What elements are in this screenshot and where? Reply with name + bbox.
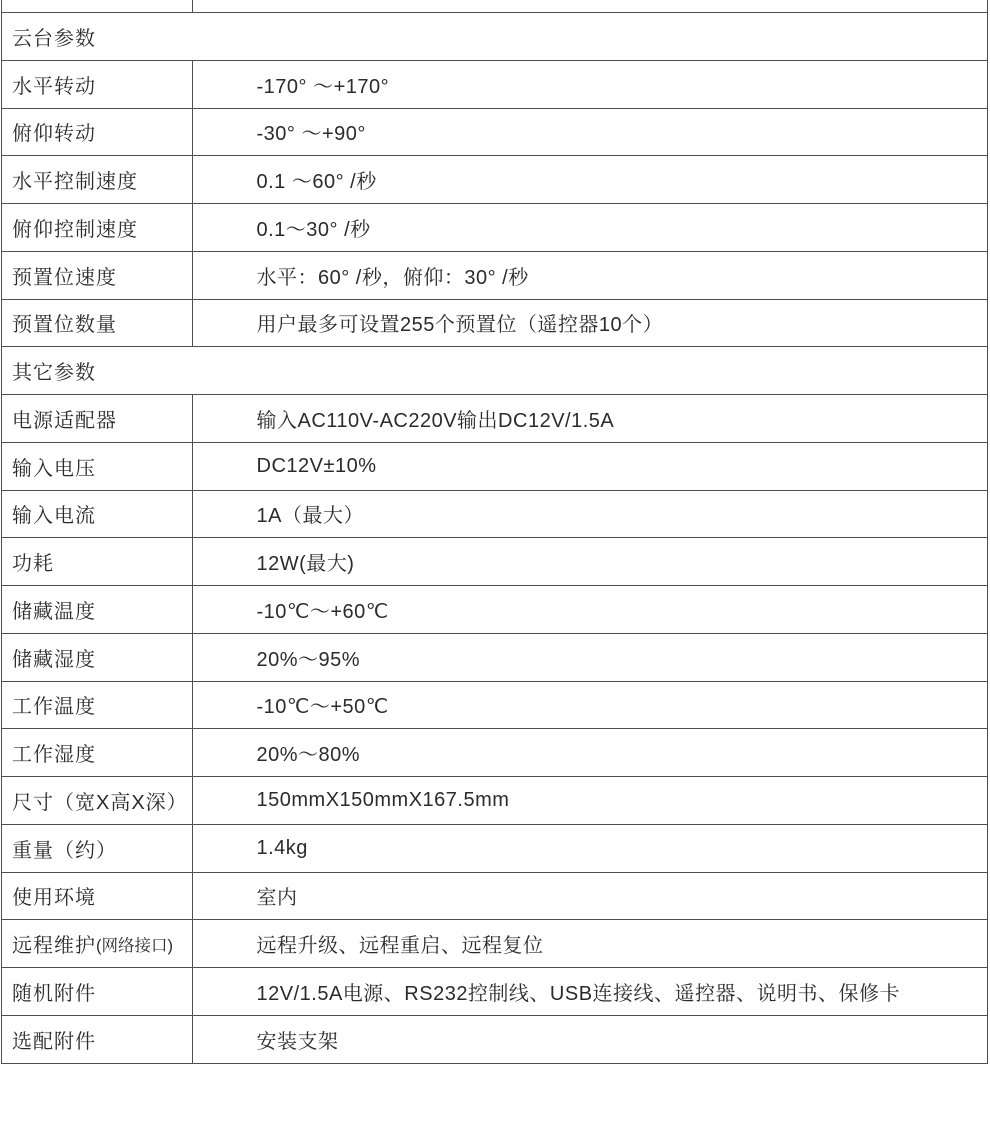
spec-label-text: 尺寸（宽X高X深） [12,786,188,815]
table-row: 工作湿度20%～80% [2,729,987,777]
spec-label: 重量（约） [2,825,193,872]
section-row: 其它参数 [2,347,987,395]
table-row: 输入电压DC12V±10% [2,443,987,491]
spec-label-text: 远程维护 [12,929,96,958]
spec-label: 随机附件 [2,968,193,1015]
spec-label: 尺寸（宽X高X深） [2,777,193,824]
table-row: 水平转动-170° ～+170° [2,61,987,109]
spec-label-text: 输入电流 [12,499,96,528]
section-title: 其它参数 [2,347,987,394]
spec-label: 俯仰控制速度 [2,204,193,251]
spec-value: 水平：60° /秒，俯仰：30° /秒 [193,252,988,299]
spec-value: 20%～95% [193,634,988,681]
table-rows: 云台参数水平转动-170° ～+170°俯仰转动-30° ～+90°水平控制速度… [2,13,987,1064]
spec-value: DC12V±10% [193,443,988,490]
spec-label-text: 随机附件 [12,977,96,1006]
spec-value: 20%～80% [193,729,988,776]
spec-label-text: 使用环境 [12,881,96,910]
spec-label-text: 俯仰控制速度 [12,213,138,242]
table-row: 工作温度-10℃～+50℃ [2,682,987,730]
spec-value: 远程升级、远程重启、远程复位 [193,920,988,967]
spec-value: 0.1 ～60° /秒 [193,156,988,203]
spec-label-text: 俯仰转动 [12,117,96,146]
spec-label-text: 预置位速度 [12,261,117,290]
table-row: 预置位数量用户最多可设置255个预置位（遥控器10个） [2,300,987,348]
spec-label: 选配附件 [2,1016,193,1063]
spec-value: 12V/1.5A电源、RS232控制线、USB连接线、遥控器、说明书、保修卡 [193,968,988,1015]
section-title: 云台参数 [2,13,987,60]
spec-value: 输入AC110V-AC220V输出DC12V/1.5A [193,395,988,442]
table-row: 电源适配器输入AC110V-AC220V输出DC12V/1.5A [2,395,987,443]
spec-label-text: 预置位数量 [12,308,117,337]
spec-label-text: 电源适配器 [12,404,117,433]
spec-value: 室内 [193,873,988,920]
spec-value [193,0,988,12]
spec-label: 输入电压 [2,443,193,490]
spec-value: -30° ～+90° [193,109,988,156]
table-row: 使用环境室内 [2,873,987,921]
spec-value: 1.4kg [193,825,988,872]
spec-label: 电源适配器 [2,395,193,442]
spec-label-text: 功耗 [12,547,54,576]
spec-label-suffix: (网络接口) [96,932,173,956]
spec-label: 水平控制速度 [2,156,193,203]
spec-label-text: 重量（约） [12,834,117,863]
spec-value: 安装支架 [193,1016,988,1063]
spec-label [2,0,193,12]
spec-label: 输入电流 [2,491,193,538]
spec-label: 工作湿度 [2,729,193,776]
table-row: 储藏湿度20%～95% [2,634,987,682]
table-row: 尺寸（宽X高X深）150mmX150mmX167.5mm [2,777,987,825]
table-row: 俯仰控制速度0.1～30° /秒 [2,204,987,252]
table-row: 预置位速度水平：60° /秒，俯仰：30° /秒 [2,252,987,300]
table-row: 水平控制速度0.1 ～60° /秒 [2,156,987,204]
spec-value: -10℃～+50℃ [193,682,988,729]
table-row-partial [2,0,987,13]
table-row: 输入电流1A（最大） [2,491,987,539]
spec-label: 预置位速度 [2,252,193,299]
spec-label-text: 水平控制速度 [12,165,138,194]
table-row: 俯仰转动-30° ～+90° [2,109,987,157]
spec-label: 功耗 [2,538,193,585]
spec-value: 1A（最大） [193,491,988,538]
spec-label: 预置位数量 [2,300,193,347]
spec-label-text: 储藏温度 [12,595,96,624]
spec-label: 俯仰转动 [2,109,193,156]
page: 云台参数水平转动-170° ～+170°俯仰转动-30° ～+90°水平控制速度… [0,0,990,1139]
spec-value: 0.1～30° /秒 [193,204,988,251]
spec-label: 储藏温度 [2,586,193,633]
spec-label-text: 选配附件 [12,1025,96,1054]
spec-value: 12W(最大) [193,538,988,585]
spec-label-text: 工作温度 [12,690,96,719]
spec-label-text: 工作湿度 [12,738,96,767]
spec-label: 工作温度 [2,682,193,729]
table-row: 随机附件12V/1.5A电源、RS232控制线、USB连接线、遥控器、说明书、保… [2,968,987,1016]
table-row: 储藏温度-10℃～+60℃ [2,586,987,634]
spec-value: -170° ～+170° [193,61,988,108]
spec-label-text: 储藏湿度 [12,643,96,672]
spec-label: 水平转动 [2,61,193,108]
spec-table: 云台参数水平转动-170° ～+170°俯仰转动-30° ～+90°水平控制速度… [1,0,988,1064]
spec-label-text: 输入电压 [12,452,96,481]
spec-value: 150mmX150mmX167.5mm [193,777,988,824]
table-row: 功耗12W(最大) [2,538,987,586]
spec-value: -10℃～+60℃ [193,586,988,633]
spec-label: 远程维护(网络接口) [2,920,193,967]
spec-value: 用户最多可设置255个预置位（遥控器10个） [193,300,988,347]
spec-label-text: 水平转动 [12,70,96,99]
table-row: 远程维护(网络接口)远程升级、远程重启、远程复位 [2,920,987,968]
table-row: 选配附件安装支架 [2,1016,987,1064]
table-row: 重量（约）1.4kg [2,825,987,873]
spec-label: 储藏湿度 [2,634,193,681]
section-row: 云台参数 [2,13,987,61]
spec-label: 使用环境 [2,873,193,920]
